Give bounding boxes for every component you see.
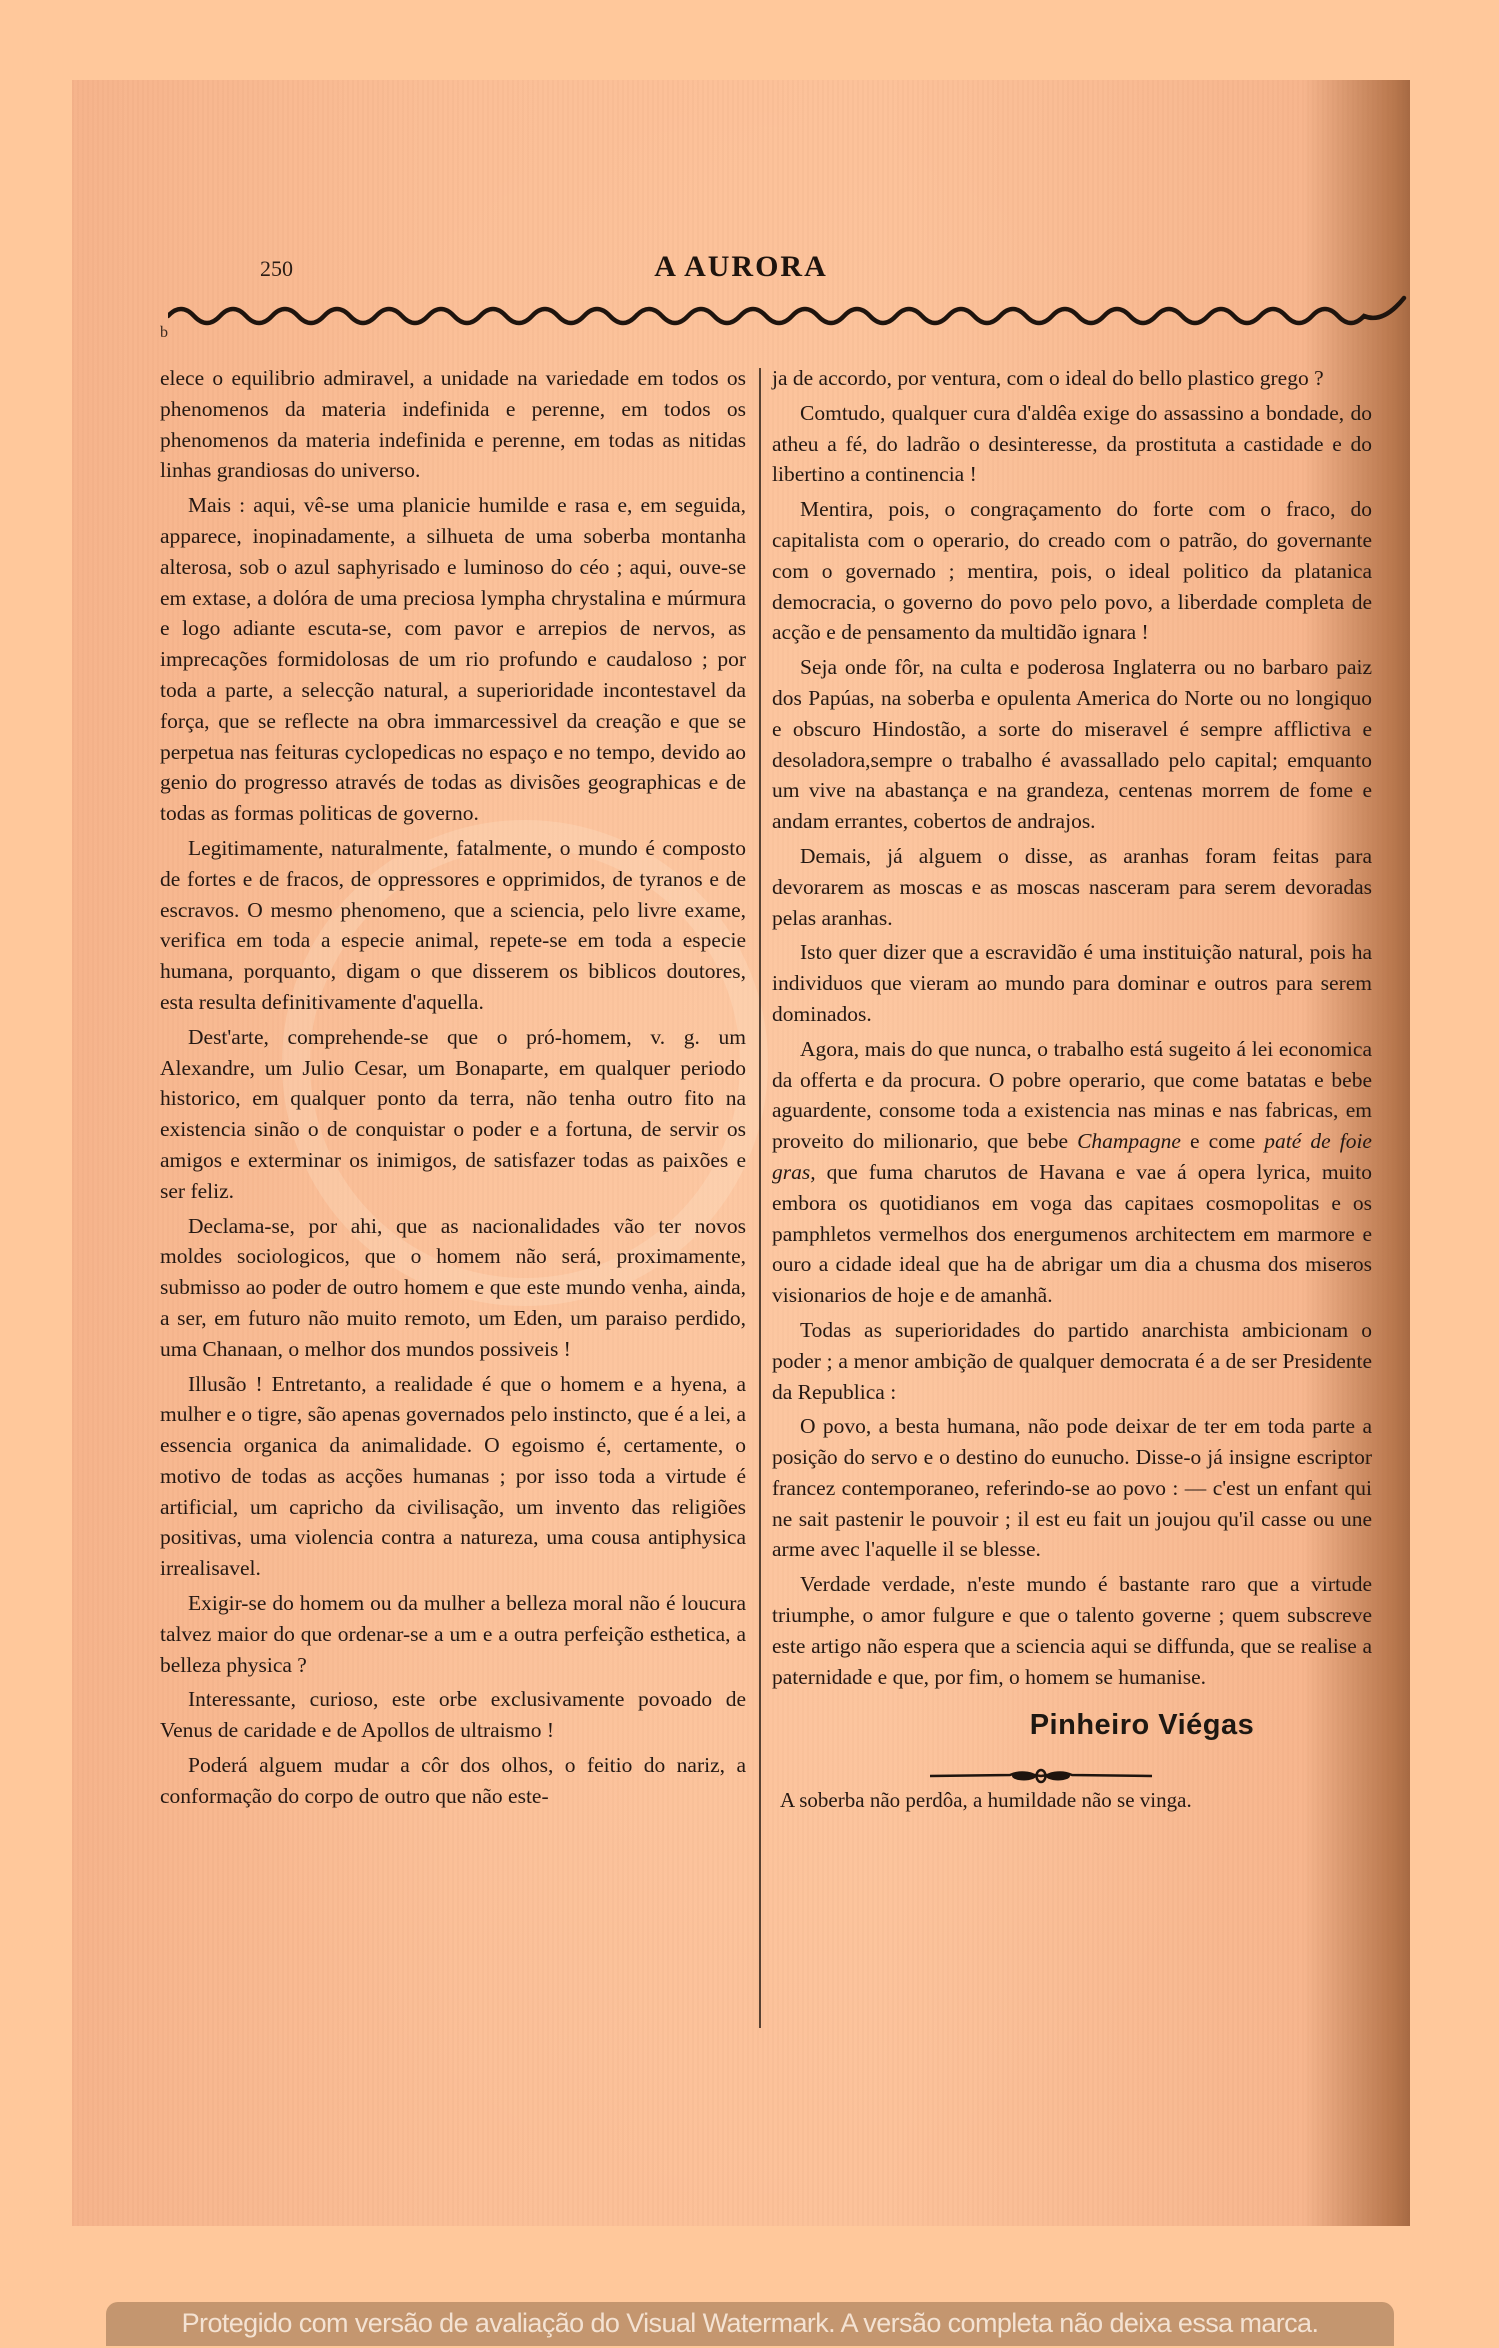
paragraph: Mentira, pois, o congraçamento do forte … <box>772 494 1372 648</box>
journal-title: A AURORA <box>72 250 1410 284</box>
paragraph: Verdade verdade, n'este mundo é bastante… <box>772 1569 1372 1692</box>
text-run: e come <box>1181 1129 1264 1153</box>
paragraph: Seja onde fôr, na culta e poderosa Ingla… <box>772 652 1372 837</box>
paragraph: Comtudo, qualquer cura d'aldêa exige do … <box>772 398 1372 490</box>
flourish-divider-icon <box>930 1767 1152 1785</box>
author-signature: Pinheiro Viégas <box>772 1710 1372 1741</box>
paragraph: Demais, já alguem o disse, as aranhas fo… <box>772 841 1372 933</box>
paragraph: Isto quer dizer que a escravidão é uma i… <box>772 937 1372 1029</box>
paragraph: ja de accordo, por ventura, com o ideal … <box>772 363 1372 394</box>
wave-rule-ornament <box>168 294 1408 334</box>
right-column: ja de accordo, por ventura, com o ideal … <box>772 363 1372 1820</box>
watermark-banner: Protegido com versão de avaliação do Vis… <box>106 2302 1394 2346</box>
paragraph: Todas as superioridades do partido anarc… <box>772 1315 1372 1407</box>
italic-text: Champagne <box>1077 1129 1181 1153</box>
column-divider <box>759 368 761 2028</box>
paragraph: Illusão ! Entretanto, a realidade é que … <box>160 1369 746 1585</box>
paragraph: Exigir-se do homem ou da mulher a bellez… <box>160 1588 746 1680</box>
text-run: que fuma charutos de Havana e vae á oper… <box>772 1160 1372 1307</box>
paragraph: Legitimamente, naturalmente, fatalmente,… <box>160 833 746 1018</box>
paragraph: Dest'arte, comprehende-se que o pró-home… <box>160 1022 746 1207</box>
paragraph: Poderá alguem mudar a côr dos olhos, o f… <box>160 1750 746 1812</box>
paragraph: O povo, a besta humana, não pode deixar … <box>772 1411 1372 1565</box>
paragraph: Interessante, curioso, este orbe exclusi… <box>160 1684 746 1746</box>
paragraph: elece o equilibrio admiravel, a unidade … <box>160 363 746 486</box>
maxim: A soberba não perdôa, a humildade não se… <box>772 1785 1372 1816</box>
paragraph: Declama-se, por ahi, que as nacionalidad… <box>160 1211 746 1365</box>
corner-mark: b <box>160 324 168 342</box>
paragraph: Mais : aqui, vê-se uma planicie humilde … <box>160 490 746 829</box>
scanned-page: 250 A AURORA b elece o equilibrio admira… <box>72 80 1410 2226</box>
paragraph-agora: Agora, mais do que nunca, o trabalho est… <box>772 1034 1372 1311</box>
left-column: elece o equilibrio admiravel, a unidade … <box>160 363 746 1816</box>
